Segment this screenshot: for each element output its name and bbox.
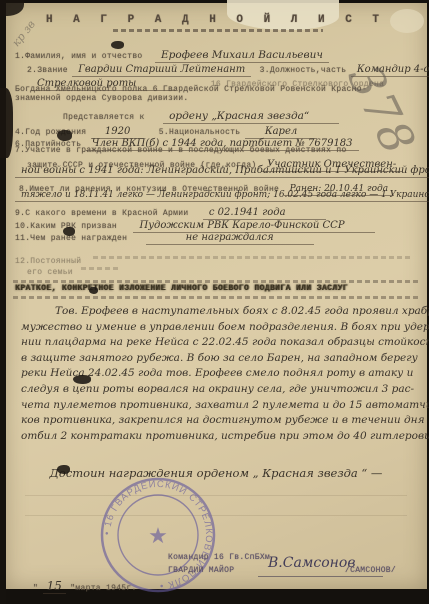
title-underline — [113, 29, 323, 32]
rank-line: ГВАРДИИ МАЙОР — [168, 566, 234, 575]
signature-underline — [258, 576, 383, 577]
field-12-label-2: его семьи — [27, 268, 73, 277]
date-suffix: "марта 1945г. — [70, 584, 136, 593]
field-3-typed-3: знаменной ордена Суворова дивизии. — [15, 94, 188, 103]
field-12-filler — [93, 256, 413, 259]
citation-line: ков противника, закрепился на достигнуто… — [21, 413, 421, 429]
ink-blot — [57, 465, 70, 474]
section-rule-bottom — [13, 296, 418, 299]
ink-blot — [111, 41, 124, 49]
citation-line: в защите занятого рубежа. В бою за село … — [21, 351, 421, 367]
ink-blot — [73, 375, 91, 384]
document-title: Н А Г Р А Д Н О Й Л И С Т — [5, 14, 427, 26]
field-3-typed-2: Богдана Хмельницкого полка 6 Гвардейской… — [15, 85, 367, 94]
citation-line: Тов. Ерофеев в наступательных боях с 8.0… — [21, 304, 421, 320]
ink-blot — [57, 130, 72, 141]
ink-blot — [63, 227, 75, 236]
photo-edge-blob — [0, 88, 13, 158]
field-12-filler-2 — [81, 267, 121, 270]
date-open-quote: " — [33, 584, 38, 593]
field-11-row: 11.Чем ранее награжден не награждался — [15, 227, 314, 245]
field-8-value-2: тяжело и 18.11.41 легко — Ленинградский … — [15, 190, 429, 202]
section-rule-top — [13, 280, 418, 283]
field-12-row-2: его семьи — [27, 261, 73, 279]
citation-line: отбил 2 контратаки противника, истребив … — [21, 429, 421, 445]
document-paper: Н А Г Р А Д Н О Й Л И С Т 1.Фамилия, имя… — [5, 3, 427, 589]
date-day: 15 — [43, 579, 66, 594]
date-row: " 15 "марта 1945г. — [33, 577, 137, 595]
citation-line: нии плацдарма на реке Нейса с 22.02.45 г… — [21, 335, 421, 351]
field-11-value: не награждался — [146, 232, 314, 245]
citation-line: чета пулеметов противника, захватил 2 пу… — [21, 398, 421, 414]
commander-name-typed: /САМСОНОВ/ — [345, 566, 396, 575]
section-heading: КРАТКОЕ, КОНКРЕТНОЕ ИЗЛОЖЕНИЕ ЛИЧНОГО БО… — [15, 284, 348, 293]
field-7-value-2: ной войны с 1941 года: Ленинградский, Пр… — [15, 165, 429, 178]
stamp-star-icon: ★ — [148, 523, 168, 548]
citation-line: следуя в цепи роты ворвался на окраину с… — [21, 382, 421, 398]
ink-blot — [89, 287, 98, 294]
commander-signature: В.Самсонов — [268, 555, 355, 571]
citation-line: мужество и умение в управлении боем подр… — [21, 320, 421, 336]
commander-line: Командир 16 Гв.СпБХм — [168, 553, 270, 562]
award-sheet-scan: { "annotations": { "corner_note": "кр зв… — [0, 0, 429, 604]
